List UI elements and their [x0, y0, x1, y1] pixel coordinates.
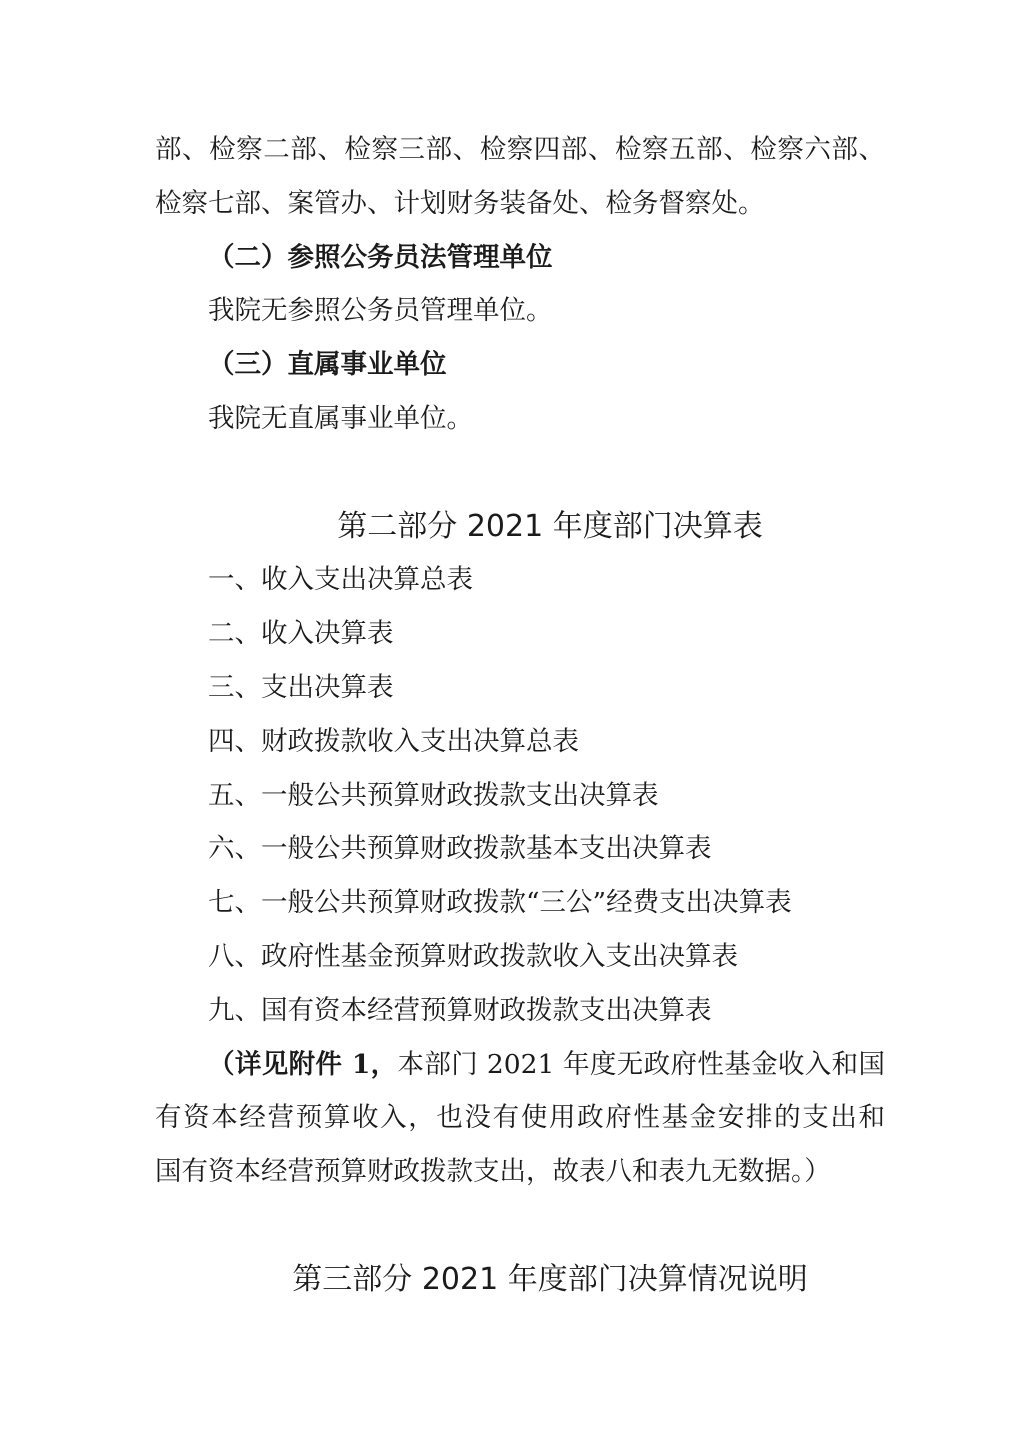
attachment-note-paragraph-line-1: （详见附件 1，本部门 2021 年度无政府性基金收入和国	[155, 1038, 885, 1092]
table-list-item-7-line-1: 七、一般公共预算财政拨款“三公”经费支出决算表	[155, 876, 885, 930]
subsection-heading-2-line-1: （二）参照公务员法管理单位	[155, 231, 885, 285]
blank-line	[155, 1199, 885, 1253]
intro-paragraph-continuation-line-1: 部、检察二部、检察三部、检察四部、检察五部、检察六部、	[155, 123, 885, 177]
document-content: 部、检察二部、检察三部、检察四部、检察五部、检察六部、检察七部、案管办、计划财务…	[155, 123, 885, 1307]
table-list-item-9-line-1: 九、国有资本经营预算财政拨款支出决算表	[155, 984, 885, 1038]
table-list-item-5-line-1: 五、一般公共预算财政拨款支出决算表	[155, 769, 885, 823]
table-list-item-7: 七、一般公共预算财政拨款“三公”经费支出决算表	[155, 876, 885, 930]
table-list-item-6: 六、一般公共预算财政拨款基本支出决算表	[155, 822, 885, 876]
table-list-item-6-line-1: 六、一般公共预算财政拨款基本支出决算表	[155, 822, 885, 876]
intro-paragraph-continuation: 部、检察二部、检察三部、检察四部、检察五部、检察六部、检察七部、案管办、计划财务…	[155, 123, 885, 231]
subsection-heading-3: （三）直属事业单位	[155, 338, 885, 392]
subsection-2-body: 我院无参照公务员管理单位。	[155, 284, 885, 338]
subsection-3-body: 我院无直属事业单位。	[155, 392, 885, 446]
table-list-item-2-line-1: 二、收入决算表	[155, 607, 885, 661]
table-list-item-3-line-1: 三、支出决算表	[155, 661, 885, 715]
bold-text-run: （详见附件 1，	[208, 1049, 398, 1080]
blank-line	[155, 446, 885, 500]
table-list-item-8: 八、政府性基金预算财政拨款收入支出决算表	[155, 930, 885, 984]
table-list-item-1: 一、收入支出决算总表	[155, 553, 885, 607]
document-page: 部、检察二部、检察三部、检察四部、检察五部、检察六部、检察七部、案管办、计划财务…	[0, 0, 1024, 1448]
section-heading-part3-line-1: 第三部分 2021 年度部门决算情况说明	[155, 1253, 885, 1307]
attachment-note-paragraph: （详见附件 1，本部门 2021 年度无政府性基金收入和国有资本经营预算收入，也…	[155, 1038, 885, 1199]
table-list-item-3: 三、支出决算表	[155, 661, 885, 715]
attachment-note-paragraph-line-3: 国有资本经营预算财政拨款支出，故表八和表九无数据。）	[155, 1145, 885, 1199]
subsection-3-body-line-1: 我院无直属事业单位。	[155, 392, 885, 446]
table-list-item-5: 五、一般公共预算财政拨款支出决算表	[155, 769, 885, 823]
intro-paragraph-continuation-line-2: 检察七部、案管办、计划财务装备处、检务督察处。	[155, 177, 885, 231]
section-heading-part2-line-1: 第二部分 2021 年度部门决算表	[155, 500, 885, 554]
table-list-item-1-line-1: 一、收入支出决算总表	[155, 553, 885, 607]
attachment-note-paragraph-line-2: 有资本经营预算收入，也没有使用政府性基金安排的支出和	[155, 1091, 885, 1145]
subsection-2-body-line-1: 我院无参照公务员管理单位。	[155, 284, 885, 338]
text-run: 本部门 2021 年度无政府性基金收入和国	[398, 1049, 885, 1080]
subsection-heading-3-line-1: （三）直属事业单位	[155, 338, 885, 392]
section-heading-part2: 第二部分 2021 年度部门决算表	[155, 500, 885, 554]
table-list-item-4-line-1: 四、财政拨款收入支出决算总表	[155, 715, 885, 769]
table-list-item-4: 四、财政拨款收入支出决算总表	[155, 715, 885, 769]
table-list-item-8-line-1: 八、政府性基金预算财政拨款收入支出决算表	[155, 930, 885, 984]
section-heading-part3: 第三部分 2021 年度部门决算情况说明	[155, 1253, 885, 1307]
table-list-item-9: 九、国有资本经营预算财政拨款支出决算表	[155, 984, 885, 1038]
subsection-heading-2: （二）参照公务员法管理单位	[155, 231, 885, 285]
table-list-item-2: 二、收入决算表	[155, 607, 885, 661]
